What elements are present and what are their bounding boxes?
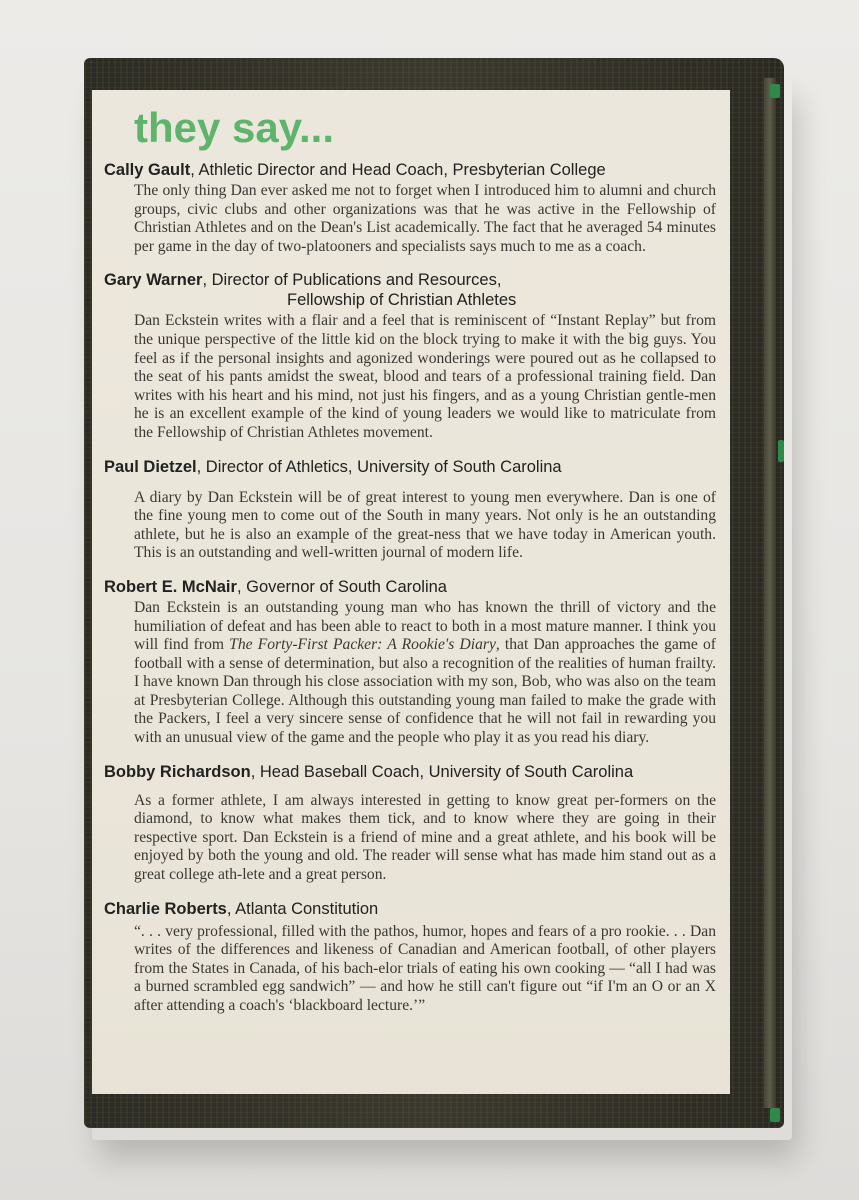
testimonial-byline: Charlie Roberts, Atlanta Constitution	[104, 899, 730, 919]
testimonial: Robert E. McNair, Governor of South Caro…	[92, 577, 730, 748]
testimonial: Cally Gault, Athletic Director and Head …	[92, 160, 730, 256]
author-title: , Director of Athletics, University of S…	[197, 458, 562, 476]
author-name: Robert E. McNair	[104, 578, 237, 596]
author-title: , Governor of South Carolina	[237, 578, 447, 596]
testimonial-byline: Cally Gault, Athletic Director and Head …	[104, 160, 730, 180]
book-title: The Forty-First Packer: A Rookie's Diary	[229, 636, 496, 653]
testimonial: Charlie Roberts, Atlanta Constitution “.…	[92, 899, 730, 1016]
testimonial-quote: A diary by Dan Eckstein will be of great…	[134, 489, 716, 563]
author-name: Bobby Richardson	[104, 763, 251, 781]
testimonial: Gary Warner, Director of Publications an…	[92, 270, 730, 442]
worn-edge-chip	[778, 440, 784, 462]
testimonial: Bobby Richardson, Head Baseball Coach, U…	[92, 762, 730, 885]
author-name: Paul Dietzel	[104, 458, 197, 476]
testimonial-quote: The only thing Dan ever asked me not to …	[134, 182, 716, 256]
author-title: , Director of Publications and Resources…	[202, 271, 501, 289]
testimonial-byline: Paul Dietzel, Director of Athletics, Uni…	[104, 457, 730, 477]
testimonial-quote: “. . . very professional, filled with th…	[134, 923, 716, 1016]
author-title: , Atlanta Constitution	[227, 900, 378, 918]
testimonial-byline: Bobby Richardson, Head Baseball Coach, U…	[104, 762, 730, 782]
worn-corner-chip	[770, 84, 780, 98]
author-name: Cally Gault	[104, 161, 190, 179]
testimonial-byline: Gary Warner, Director of Publications an…	[104, 270, 730, 310]
testimonial: Paul Dietzel, Director of Athletics, Uni…	[92, 457, 730, 563]
author-name: Charlie Roberts	[104, 900, 227, 918]
worn-corner-chip	[770, 1108, 780, 1122]
testimonial-panel: they say... Cally Gault, Athletic Direct…	[92, 90, 730, 1094]
testimonial-quote: Dan Eckstein writes with a flair and a f…	[134, 312, 716, 442]
author-title-line2: Fellowship of Christian Athletes	[104, 290, 730, 310]
page-heading: they say...	[134, 104, 730, 152]
testimonial-byline: Robert E. McNair, Governor of South Caro…	[104, 577, 730, 597]
author-name: Gary Warner	[104, 271, 202, 289]
author-title: , Head Baseball Coach, University of Sou…	[251, 763, 633, 781]
testimonial-quote: As a former athlete, I am always interes…	[134, 792, 716, 885]
testimonial-quote: Dan Eckstein is an outstanding young man…	[134, 599, 716, 748]
author-title: , Athletic Director and Head Coach, Pres…	[190, 161, 605, 179]
